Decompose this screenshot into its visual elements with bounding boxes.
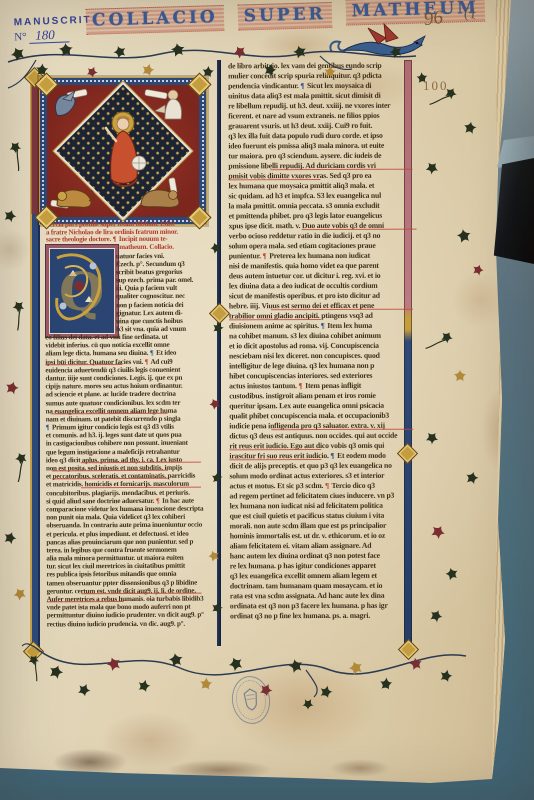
text-line: queritur ipsam. Lex aute euangelica omni… xyxy=(229,401,421,412)
text-line: punientur. ¶ Preterea lex humana non iud… xyxy=(229,251,421,262)
text-line: hanc autem lex diuina ordinat q3 non pot… xyxy=(230,551,422,562)
text-line: ideo fuerunt eis pmissa aliq3 mala minor… xyxy=(228,141,420,152)
text-line: que est ciuil quietis et pacificus statu… xyxy=(230,511,422,522)
text-line: qualit phibet concupiscencia mala. et oc… xyxy=(229,411,421,422)
left-column-text: eo filius dei data. et ad vnū fine ordin… xyxy=(45,333,208,629)
text-line: q3 lex euangelica excellit omnem aliam l… xyxy=(230,571,422,582)
text-line: re libellum repudij. ut h3. deut. xxiiij… xyxy=(228,101,420,112)
text-line: intelligitur de lege diuina. q3 lex huma… xyxy=(229,361,421,372)
corner-annotation: (1 xyxy=(463,5,477,23)
text-line: sicut de manifestis operibus. et pro ist… xyxy=(229,291,421,302)
border-bar-left-upper xyxy=(30,80,40,214)
miniature-christ-in-majesty xyxy=(40,78,206,224)
right-column-text: de libro arbitrio. lex vam dei gentibus … xyxy=(228,61,422,622)
title-word-super: SUPER xyxy=(237,2,332,31)
christ-figure xyxy=(83,101,163,201)
text-line: de libro arbitrio. lex vam dei gentibus … xyxy=(228,61,420,72)
text-line: nesciebam nisi lex diceret. non concupis… xyxy=(229,351,421,362)
text-line: dictus q3 deus est antiquus. non occides… xyxy=(229,431,421,442)
border-bar-intercolumn xyxy=(217,60,221,646)
text-line: lex humana non iudicat nisi ad felicitat… xyxy=(230,501,422,512)
text-line: ordinat q3 no p fine lex humana. ps. a. … xyxy=(230,611,422,622)
text-line: actus et motus. Et sic p3 scdm. ¶ Tercio… xyxy=(229,481,421,492)
stamp-emblem-icon xyxy=(230,675,271,725)
text-line: la mala pmittit. omnia peccata. s3 omnia… xyxy=(229,201,421,212)
text-line: doctrinam. tam humanam quam mosaycam. et… xyxy=(230,581,422,592)
text-line: tur maiora. pro q3 sciendum. aysere. dic… xyxy=(228,151,420,162)
text-line: solum modo ordinat actus exteriores. s3 … xyxy=(229,471,421,482)
text-line: iudicie pena infligenda pro q3 saluator.… xyxy=(229,421,421,432)
text-line: rit reus erit iudicio. Ego aut dico vobi… xyxy=(229,441,421,452)
text-line: lex diuina data a deo iudicat de occulti… xyxy=(229,281,421,292)
text-line: deus autem intuetur cor. ut dicitur i. r… xyxy=(229,271,421,282)
text-line: hibet concupiscencias interiores. sed ex… xyxy=(229,371,421,382)
text-line: irascitur fri suo reus erit iudicio. ¶ E… xyxy=(229,451,421,462)
text-line: aliam felicitatem ei. vitam aliam assign… xyxy=(230,541,422,552)
text-line: hebre. iiij. Viuus est sermo dei et effi… xyxy=(229,301,421,312)
border-bar-left xyxy=(30,214,40,648)
decorated-initial: Q xyxy=(46,245,118,337)
text-line: ficerent. et nare ad vsum extraneis. ne … xyxy=(228,111,420,122)
black-page-clamp xyxy=(493,158,534,264)
text-line: trabilior omni gladio ancipiti. ptingens… xyxy=(229,311,421,322)
text-line: re lex humana. p has igitur condiciones … xyxy=(230,561,422,572)
text-line: verbo ocioso reddetur ratio in die iudic… xyxy=(229,231,421,242)
text-line: et pmittenda phibet. pro q3 legis lator … xyxy=(229,211,421,222)
text-line: rectius diuino iudicio prudencia. vn dic… xyxy=(47,619,208,628)
text-line: et io dicit apostolus ad roma. vij. Conc… xyxy=(229,341,421,352)
text-line: diuisionem anime ac spiritus. ¶ Item lex… xyxy=(229,321,421,332)
text-line: xpus ipse dicit. math. v. Duo aute vobis… xyxy=(229,221,421,232)
text-line: morali. non aute scdm illam que est ps p… xyxy=(230,521,422,532)
library-stamp xyxy=(229,674,273,726)
text-line: lex humana que moysaica pmittit aliq3 ma… xyxy=(228,181,420,192)
text-line: rata est vna scdm assignata. Ad hanc aut… xyxy=(230,591,422,602)
text-line: mulier concedit scrip spuria relinquitur… xyxy=(228,71,420,82)
text-line: ordinata est q3 non p3 facere lex humana… xyxy=(230,601,422,612)
text-line: pmisit vobis dimitte vxores vras. Sed q3… xyxy=(228,171,420,182)
text-line: grauarent vsuris. ut h3 deut. xxiij. Cui… xyxy=(228,121,420,132)
text-line: q3 lex illa fuit data populo rudi duro c… xyxy=(228,131,420,142)
text-line: solum opera mala. sed etiam cogitaciones… xyxy=(229,241,421,252)
left-column-indented-text: uatuor facies vni.Ezech. p°. Secundum q3… xyxy=(116,252,208,333)
text-line: na cohibet manum. s3 lex diuina cohibet … xyxy=(229,331,421,342)
text-line: uinitus data aliq3 est mala pmittit. sic… xyxy=(228,91,420,102)
text-line: sic quidam. ad h3 et impfca. S3 lex euan… xyxy=(228,191,420,202)
text-line: actus iniustos tantum. ¶ Item penas infl… xyxy=(229,381,421,392)
text-line: pmissione libelli repudij. Ad duriciam c… xyxy=(228,161,420,172)
initial-letter: Q xyxy=(59,262,104,323)
text-line: hominis immortalis est. ut dr. v. ethico… xyxy=(230,531,422,542)
text-line: custodibus. instigroit aliam penam et ir… xyxy=(229,391,421,402)
text-line: dicit de alijs preceptis. et quo p3 q3 l… xyxy=(229,461,421,472)
text-line: nisi de manifestis. quia homo videt ea q… xyxy=(229,261,421,272)
text-line: ad regem pertinet ad felicitatem ciues i… xyxy=(230,491,422,502)
text-line: pendencia vindicantur. ¶ Sicut lex moysa… xyxy=(228,81,420,92)
